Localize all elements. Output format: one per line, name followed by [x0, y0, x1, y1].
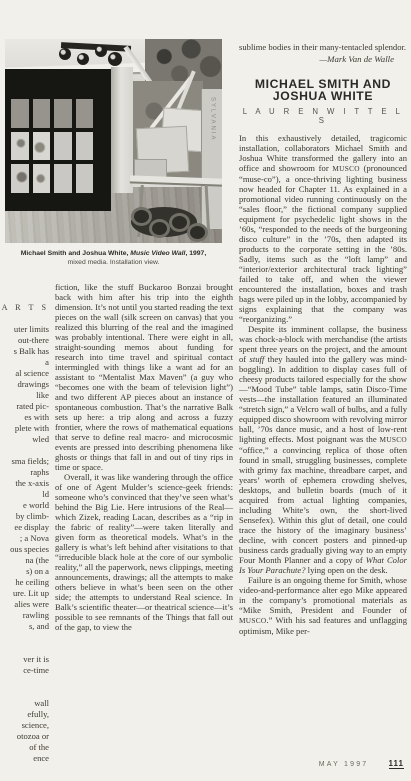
attribution: —Mark Van de Walle	[239, 54, 394, 64]
left-column-fragments: A R T S uter limitsout-theres Balk hasaa…	[0, 303, 49, 764]
lamp-fixture	[187, 223, 208, 242]
photo-caption: Michael Smith and Joshua White, Music Vi…	[5, 249, 222, 267]
body-paragraph: fiction, like the stuff Buckaroo Bonzai …	[55, 282, 233, 472]
monitor-grid	[11, 99, 93, 193]
body-paragraph: In this exhaustively detailed, tragicomi…	[239, 133, 407, 324]
installation-photo: SYLVANIA	[5, 39, 222, 243]
caption-medium-line: mixed media. Installation view.	[5, 258, 222, 267]
magazine-page: SYLVANIA Michael Smith and Joshua White,…	[0, 0, 411, 781]
page-footer: MAY 1997 111	[319, 759, 404, 768]
stage-light	[59, 48, 71, 60]
review-title: MICHAEL SMITH AND JOSHUA WHITE	[239, 78, 407, 103]
pull-quote-ending: sublime bodies in their many-tentacled s…	[239, 42, 407, 53]
stage-light	[108, 52, 122, 66]
body-paragraph: Overall, it was like wandering through t…	[55, 472, 233, 632]
review-title-line2: JOSHUA WHITE	[239, 90, 407, 103]
sylvania-box-label: SYLVANIA	[210, 97, 216, 141]
stage-light	[95, 45, 107, 57]
page-number: 111	[389, 759, 404, 769]
left-column-lines: uter limitsout-theres Balk hasaal scienc…	[0, 324, 49, 764]
review-byline: L A U R E N W I T T E L S	[239, 107, 407, 125]
stage-light	[77, 53, 89, 65]
left-column-header-fragment: A R T S	[0, 303, 49, 313]
gallery-column	[111, 67, 133, 193]
issue-date: MAY 1997	[319, 761, 369, 768]
right-column: sublime bodies in their many-tentacled s…	[239, 42, 407, 636]
lamp-fixture	[131, 207, 152, 226]
body-paragraph: Failure is an ongoing theme for Smith, w…	[239, 575, 407, 636]
middle-column: fiction, like the stuff Buckaroo Bonzai …	[55, 282, 233, 632]
lamp-fixture	[149, 219, 170, 238]
review-body: In this exhaustively detailed, tragicomi…	[239, 133, 407, 636]
caption-credit-line: Michael Smith and Joshua White, Music Vi…	[5, 249, 222, 258]
sylvania-box: SYLVANIA	[201, 89, 222, 229]
body-paragraph: Despite its imminent collapse, the busin…	[239, 324, 407, 575]
